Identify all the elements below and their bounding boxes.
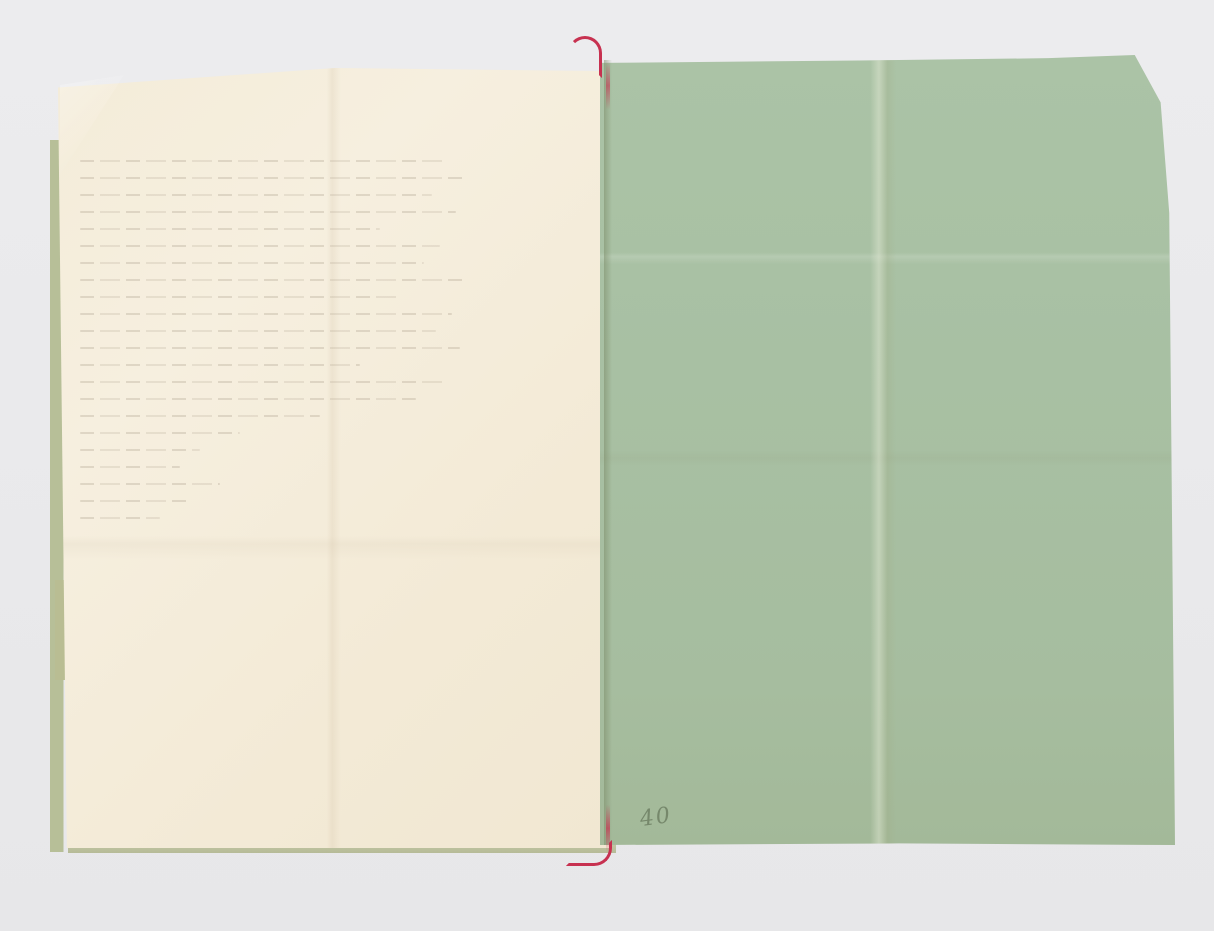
- red-thread-top: [568, 36, 602, 78]
- pencil-marking: 40: [638, 803, 673, 832]
- faded-handwriting: [80, 160, 480, 610]
- binding-spine: [606, 62, 610, 852]
- red-thread-bottom: [566, 840, 612, 866]
- document-photo: 40 Open bound manuscript: faded handwrit…: [0, 0, 1214, 931]
- green-cover-sheet: [600, 55, 1175, 845]
